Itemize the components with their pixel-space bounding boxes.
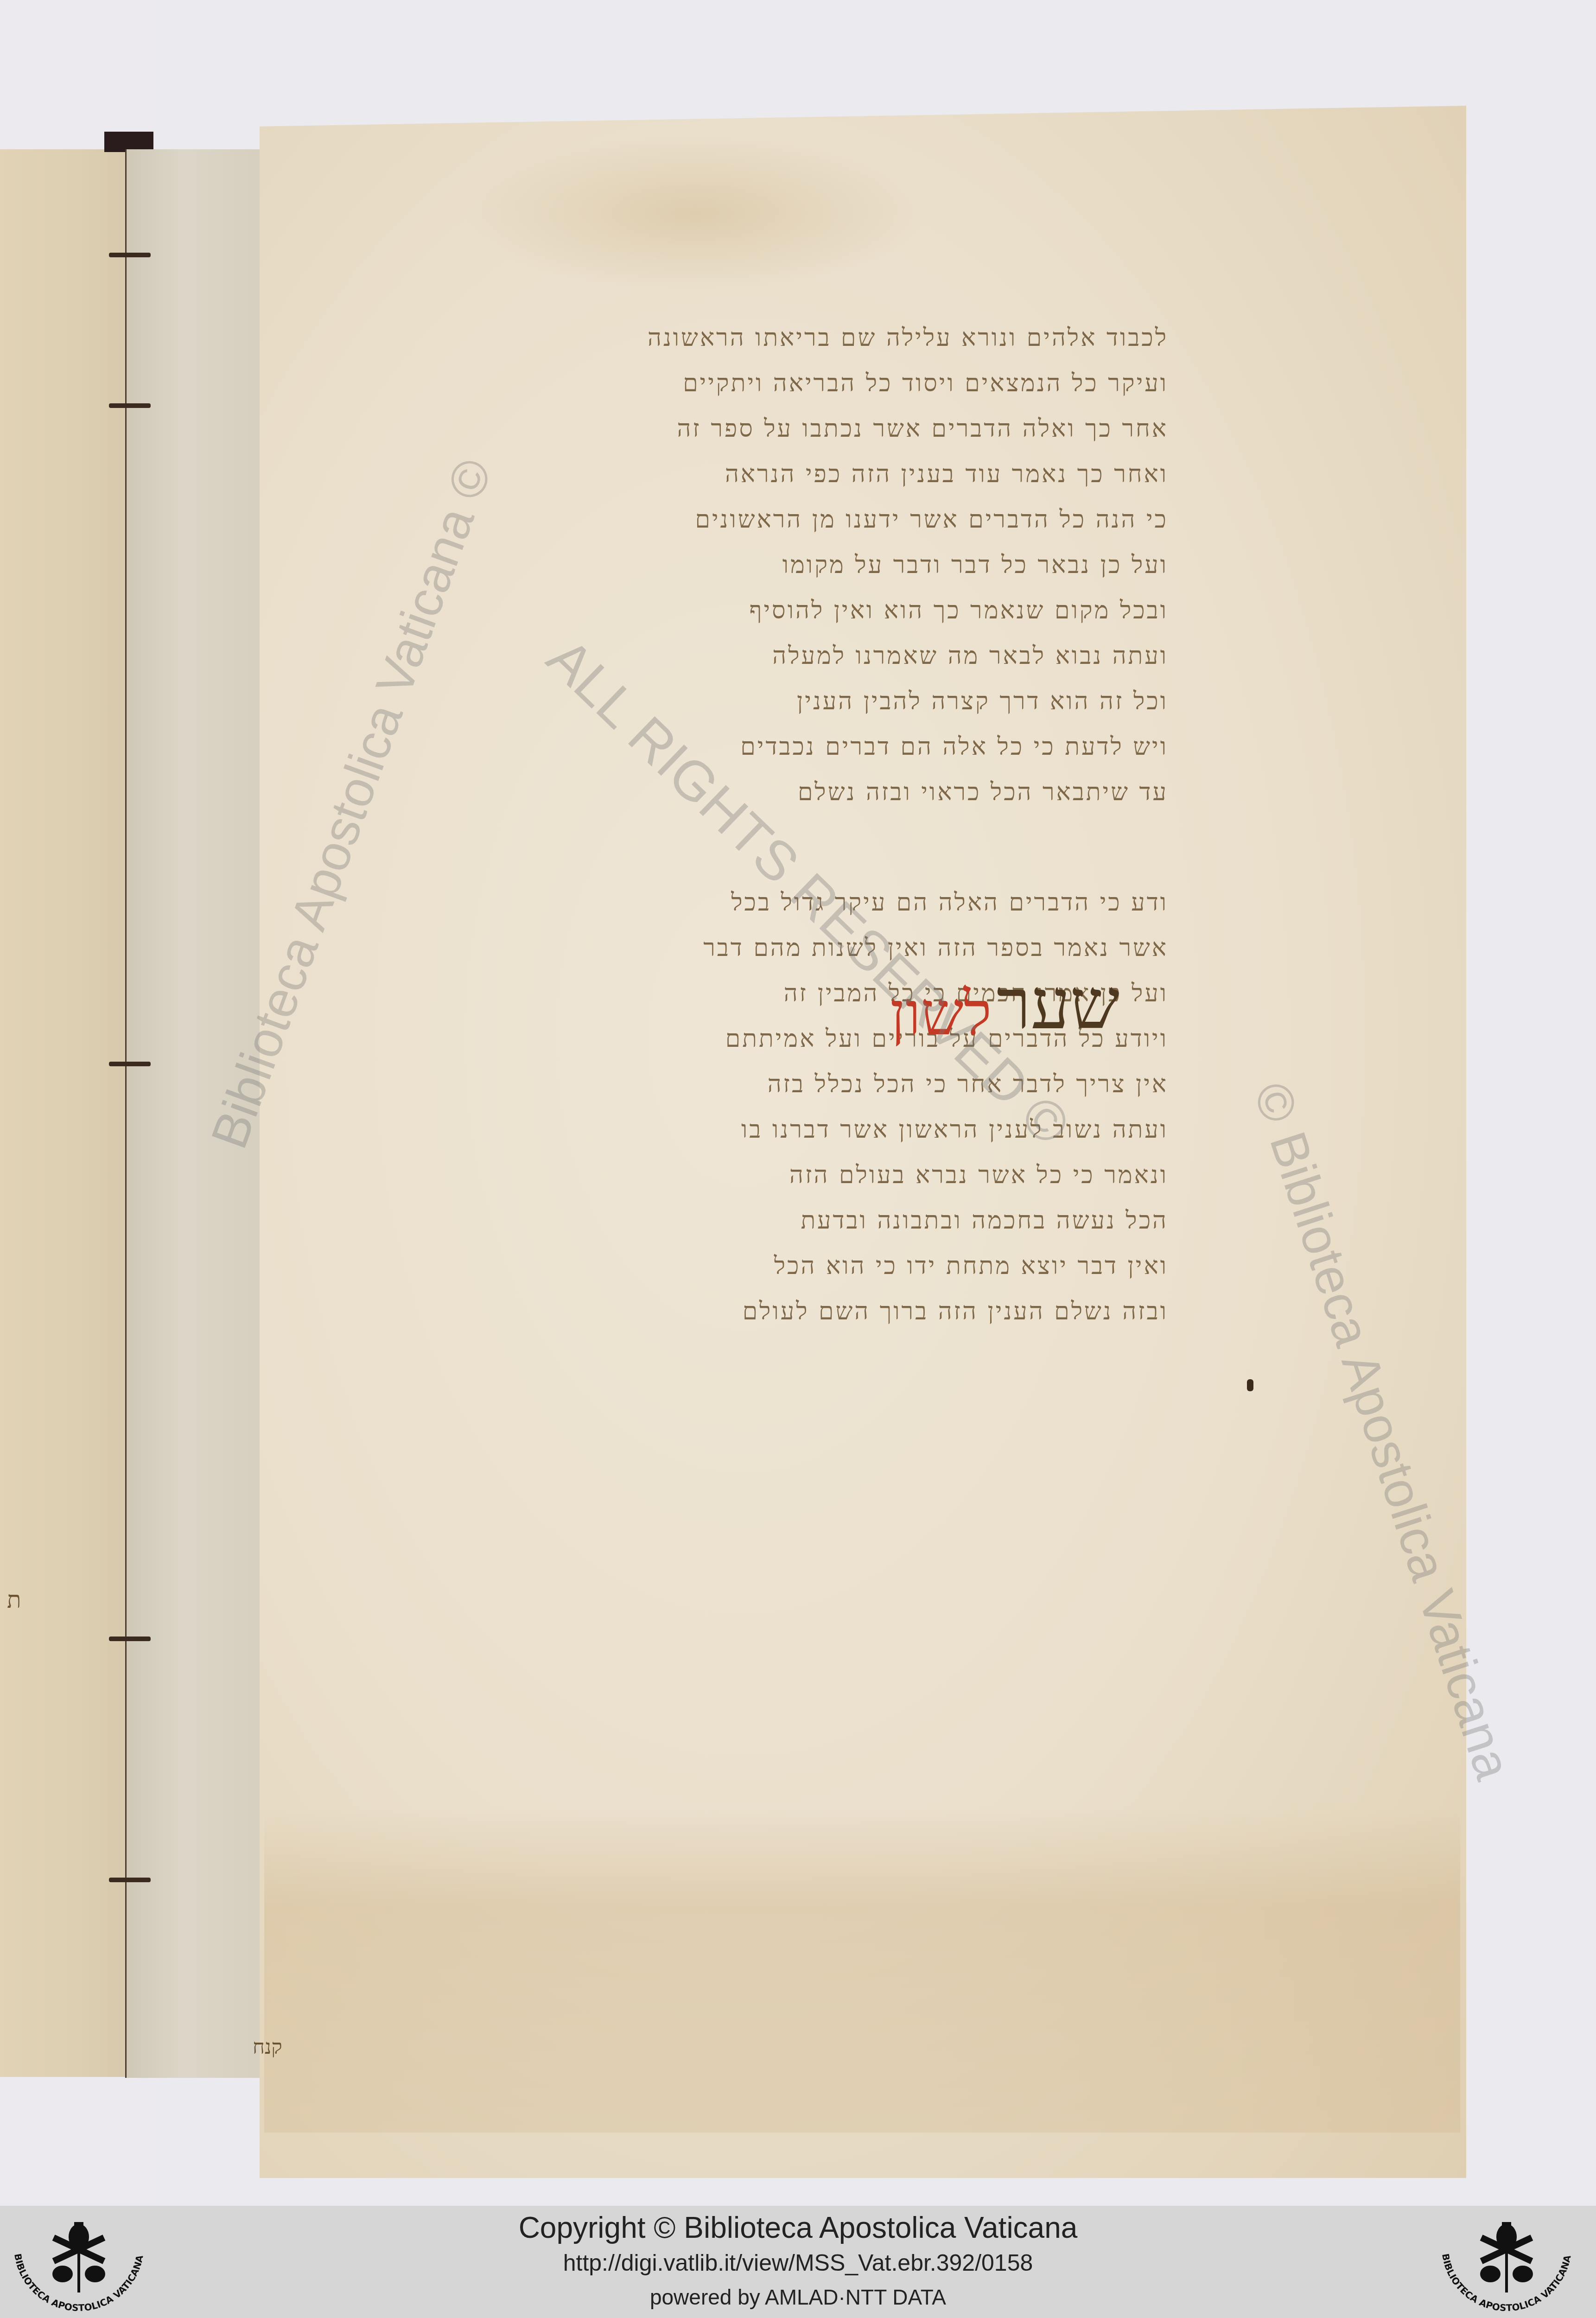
binding-stitch: [109, 1878, 151, 1882]
text-line: ונאמר כי כל אשר נברא בעולם הזה: [269, 1153, 1168, 1198]
powered-by-text: powered by AMLAD·NTT DATA: [0, 2285, 1596, 2310]
binding-stitch: [109, 403, 151, 408]
facing-page-edge: ת: [0, 149, 125, 2077]
water-stain-bottom: [264, 1808, 1460, 2133]
text-line: ואין דבר יוצא מתחת ידו כי הוא הכל: [269, 1243, 1168, 1289]
text-line: ואחר כך נאמר עוד בענין הזה כפי הנראה: [269, 452, 1168, 497]
text-line: ועיקר כל הנמצאים ויסוד כל הבריאה ויתקיים: [269, 361, 1168, 406]
water-stain: [464, 134, 927, 292]
binding-stitch: [109, 1637, 151, 1641]
text-line: ובזה נשלם הענין הזה ברוך השם לעולם: [269, 1289, 1168, 1334]
text-line: אחר כך ואלה הדברים אשר נכתבו על ספר זה: [269, 406, 1168, 452]
copyright-text: Copyright © Biblioteca Apostolica Vatica…: [0, 2210, 1596, 2245]
text-line: הכל נעשה בחכמה ובתבונה ובדעת: [269, 1198, 1168, 1243]
binding-stitch: [109, 1062, 151, 1066]
page-url[interactable]: http://digi.vatlib.it/view/MSS_Vat.ebr.3…: [0, 2249, 1596, 2276]
copyright-footer: Copyright © Biblioteca Apostolica Vatica…: [0, 2206, 1596, 2318]
vatican-library-logo-icon: BIBLIOTECA APOSTOLICA VATICANA: [1432, 2214, 1581, 2316]
section-heading-word: שער: [997, 964, 1119, 1045]
ink-blot: [1247, 1379, 1253, 1391]
text-line: לכבוד אלהים ונורא עלילה שם בריאתו הראשונ…: [269, 315, 1168, 361]
folio-mark: קנח: [253, 2035, 282, 2059]
vatican-library-logo-icon: BIBLIOTECA APOSTOLICA VATICANA: [5, 2214, 153, 2316]
binding-stitch: [109, 253, 151, 257]
text-line: ודע כי הדברים האלה הם עיקר גדול בכל: [269, 880, 1168, 925]
margin-note: ת: [7, 1586, 21, 1613]
text-line: כי הנה כל הדברים אשר ידענו מן הראשונים: [269, 497, 1168, 542]
